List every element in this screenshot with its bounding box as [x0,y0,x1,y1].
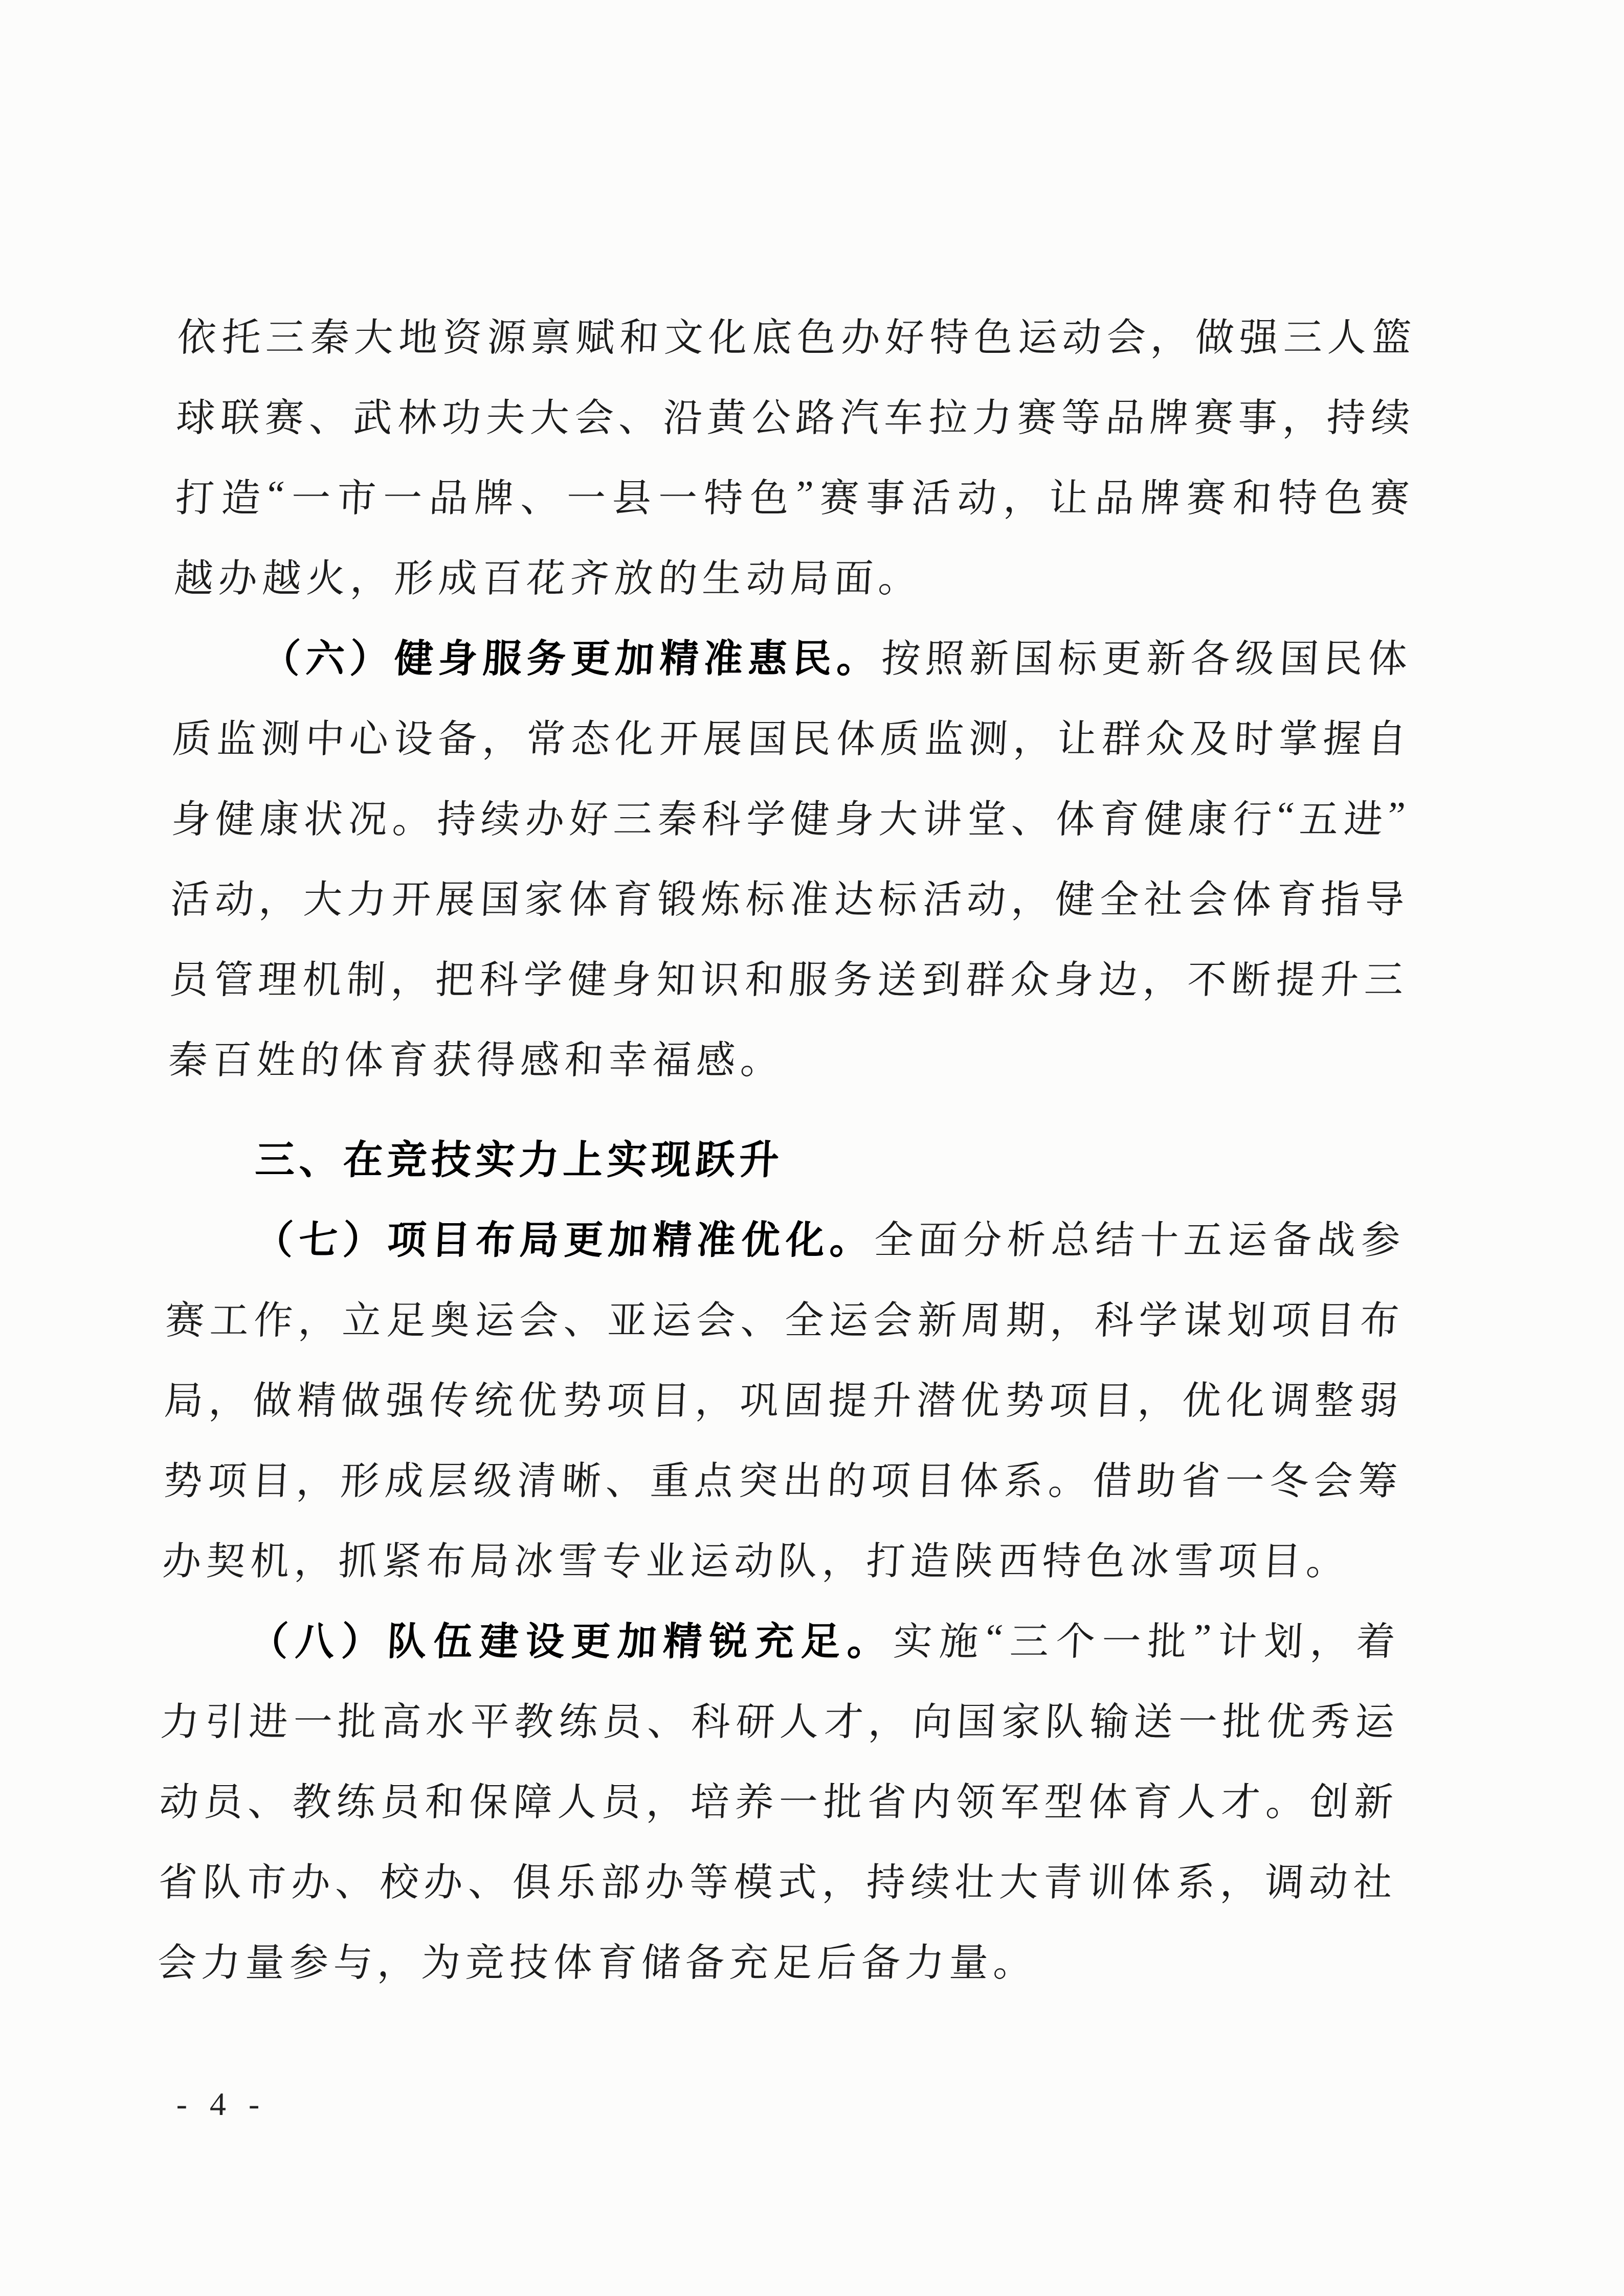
body-text-line: 局，做精做强传统优势项目，巩固提升潜优势项目，优化调整弱 [164,1357,1399,1437]
body-text-line: 打造“一市一品牌、一县一特色”赛事活动，让品牌赛和特色赛 [175,455,1410,535]
document-page: 依托三秦大地资源禀赋和文化底色办好特色运动会，做强三人篮球联赛、武林功夫大会、沿… [0,0,1624,2296]
body-text-line: 省队市办、校办、俱乐部办等模式，持续壮大青训体系，调动社 [158,1839,1393,1919]
body-text-line: 身健康状况。持续办好三秦科学健身大讲堂、体育健康行“五进” [171,776,1406,856]
body-text-line: 会力量参与，为竞技体育储备充足后备力量。 [157,1919,1392,1999]
body-text-line: 势项目，形成层级清晰、重点突出的项目体系。借助省一冬会筹 [163,1437,1398,1518]
paragraph-heading-line: （六）健身服务更加精准惠民。按照新国标更新各级国民体 [173,615,1408,695]
paragraph-heading-line: （七）项目布局更加精准优化。全面分析总结十五运备战参 [166,1197,1400,1277]
page-number: - 4 - [176,2085,267,2123]
body-text-line: 质监测中心设备，常态化开展国民体质监测，让群众及时掌握自 [172,695,1407,776]
body-text-line: 越办越火，形成百花齐放的生动局面。 [174,535,1409,615]
body-text-line: 球联赛、武林功夫大会、沿黄公路汽车拉力赛等品牌赛事，持续 [176,374,1411,455]
body-text-line: 员管理机制，把科学健身知识和服务送到群众身边，不断提升三 [169,936,1404,1017]
text-block: 依托三秦大地资源禀赋和文化底色办好特色运动会，做强三人篮球联赛、武林功夫大会、沿… [157,294,1412,1999]
body-text-line: 活动，大力开展国家体育锻炼标准达标活动，健全社会体育指导 [170,856,1405,936]
scanned-content: 依托三秦大地资源禀赋和文化底色办好特色运动会，做强三人篮球联赛、武林功夫大会、沿… [0,0,1624,2296]
paragraph-heading-line: （八）队伍建设更加精锐充足。实施“三个一批”计划，着 [161,1598,1396,1678]
section-heading: 三、在竞技实力上实现跃升 [167,1116,1401,1197]
body-text-line: 力引进一批高水平教练员、科研人才，向国家队输送一批优秀运 [160,1678,1395,1759]
body-text-line: 依托三秦大地资源禀赋和文化底色办好特色运动会，做强三人篮 [177,294,1412,374]
body-text-line: 秦百姓的体育获得感和幸福感。 [168,1017,1403,1097]
body-text-line: 赛工作，立足奥运会、亚运会、全运会新周期，科学谋划项目布 [165,1277,1400,1357]
body-text-line: 办契机，抓紧布局冰雪专业运动队，打造陕西特色冰雪项目。 [162,1518,1397,1598]
body-text-line: 动员、教练员和保障人员，培养一批省内领军型体育人才。创新 [159,1759,1394,1839]
